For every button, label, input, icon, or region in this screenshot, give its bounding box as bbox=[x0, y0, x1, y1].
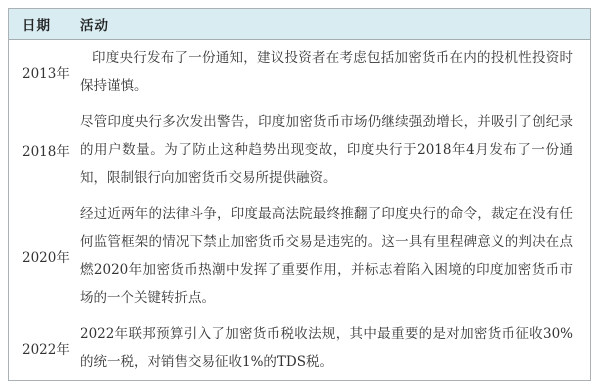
activity-cell: 尽管印度央行多次发出警告，印度加密货币市场仍继续强劲增长，并吸引了创纪录的用户数… bbox=[80, 108, 590, 192]
activity-text: 尽管印度央行多次发出警告，印度加密货币市场仍继续强劲增长，并吸引了创纪录的用户数… bbox=[80, 108, 573, 192]
table-header-row: 日期 活动 bbox=[9, 9, 590, 40]
page: 日期 活动 2013年 印度央行发布了一份通知，建议投资者在考虑包括加密货币在内… bbox=[0, 0, 600, 389]
activity-cell: 经过近两年的法律斗争，印度最高法院最终推翻了印度央行的命令，裁定在没有任何监管框… bbox=[80, 200, 590, 312]
table-row-2018: 2018年 尽管印度央行多次发出警告，印度加密货币市场仍继续强劲增长，并吸引了创… bbox=[9, 104, 590, 196]
activity-cell: 印度央行发布了一份通知，建议投资者在考虑包括加密货币在内的投机性投资时保持谨慎。 bbox=[80, 44, 590, 100]
crypto-timeline-table: 日期 活动 2013年 印度央行发布了一份通知，建议投资者在考虑包括加密货币在内… bbox=[8, 8, 591, 381]
activity-cell: 2022年联邦预算引入了加密货币税收法规，其中最重要的是对加密货币征收30%的统… bbox=[80, 320, 590, 376]
column-header-date: 日期 bbox=[9, 14, 80, 34]
table-row-2013: 2013年 印度央行发布了一份通知，建议投资者在考虑包括加密货币在内的投机性投资… bbox=[9, 40, 590, 104]
activity-text: 印度央行发布了一份通知，建议投资者在考虑包括加密货币在内的投机性投资时保持谨慎。 bbox=[80, 44, 573, 100]
year-cell: 2022年 bbox=[9, 338, 80, 358]
column-header-activity: 活动 bbox=[80, 14, 590, 34]
activity-text: 经过近两年的法律斗争，印度最高法院最终推翻了印度央行的命令，裁定在没有任何监管框… bbox=[80, 200, 573, 312]
year-cell: 2018年 bbox=[9, 140, 80, 160]
table-row-2020: 2020年 经过近两年的法律斗争，印度最高法院最终推翻了印度央行的命令，裁定在没… bbox=[9, 196, 590, 316]
activity-text: 2022年联邦预算引入了加密货币税收法规，其中最重要的是对加密货币征收30%的统… bbox=[80, 320, 573, 376]
table-row-2022: 2022年 2022年联邦预算引入了加密货币税收法规，其中最重要的是对加密货币征… bbox=[9, 316, 590, 380]
year-cell: 2013年 bbox=[9, 62, 80, 82]
year-cell: 2020年 bbox=[9, 246, 80, 266]
